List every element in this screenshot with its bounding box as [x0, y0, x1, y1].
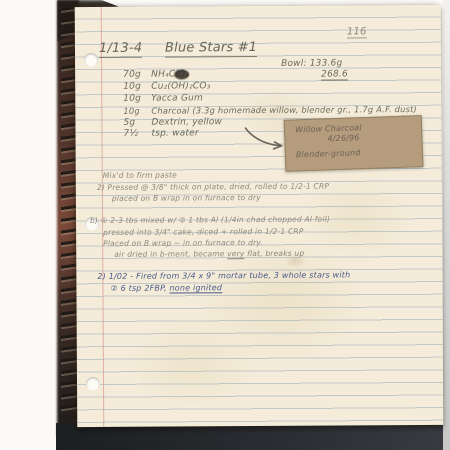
ingredient-amount: 5g — [123, 118, 151, 128]
ingredient-row: 7½tsp. water — [123, 128, 198, 138]
note-segment-underlined: very — [227, 249, 244, 259]
ingredient-name: Yacca Gum — [151, 93, 203, 103]
firing-note-line: 2) 1/02 - Fired from 3/4 x 9" mortar tub… — [97, 270, 350, 281]
ingredient-name: tsp. water — [151, 128, 198, 138]
notebook-page: 116 1/13-4 Blue Stars #1 Bowl: 133.6g 26… — [75, 5, 444, 427]
taped-note-line: 4/26/96 — [327, 133, 360, 143]
ingredient-amount: 10g — [123, 94, 151, 104]
notebook-cover-bottom — [56, 423, 450, 450]
notebook-photo: 116 1/13-4 Blue Stars #1 Bowl: 133.6g 26… — [0, 0, 450, 450]
ingredient-amount: 10g — [123, 106, 151, 116]
ingredient-amount: 70g — [123, 70, 151, 80]
ingredient-row: 5gDextrin, yellow — [123, 117, 222, 128]
page-number: 116 — [347, 26, 367, 38]
note-line: b) ① 2-3 tbs mixed w/ ② 1 tbs Al (1/4in … — [90, 215, 330, 225]
arrow-annotation — [243, 126, 289, 154]
page-title: Blue Stars #1 — [165, 40, 257, 58]
ingredient-name: Charcoal (3.3g homemade willow, blender … — [151, 104, 417, 116]
taped-note-line: Blender-ground — [296, 148, 361, 159]
ingredient-amount: 10g — [123, 82, 151, 92]
note-line: air dried in b-ment, became very flat, b… — [114, 249, 304, 259]
bowl-weight-label: Bowl: 133.6g — [281, 58, 342, 68]
firing-note-segment: ② 6 tsp 2FBP, — [110, 284, 169, 293]
note-segment: air dried in b-ment, became — [114, 249, 227, 259]
note-segment: flat, breaks up — [244, 249, 304, 258]
note-line: placed on B wrap in on furnace to dry — [112, 193, 261, 203]
ingredient-name: Dextrin, yellow — [151, 117, 222, 127]
ingredient-row: 10gYacca Gum — [123, 93, 203, 103]
scan-edge — [443, 0, 450, 450]
firing-note-line: ② 6 tsp 2FBP, none ignited — [110, 283, 222, 293]
ingredient-name: Cu₂(OH)₂CO₃ — [151, 81, 210, 91]
bowl-total-weight: 268.6 — [321, 69, 348, 80]
ingredient-row: 10gCu₂(OH)₂CO₃ — [123, 81, 210, 92]
note-line: Placed on B wrap ~ in on furnace to dry. — [103, 238, 263, 248]
note-line: pressed into 3/4" cake, diced + rolled i… — [103, 227, 304, 237]
entry-date-code: 1/13-4 — [99, 41, 142, 58]
note-line: 2) Pressed @ 3/8" thick on plate, dried,… — [97, 182, 329, 192]
ingredient-amount: 7½ — [123, 129, 151, 139]
note-line: Mix'd to firm paste — [103, 171, 177, 180]
punch-hole — [84, 53, 98, 67]
punch-hole — [86, 377, 100, 391]
taped-note: Willow Charcoal 4/26/96 Blender-ground — [284, 115, 424, 172]
paper-stain — [127, 316, 258, 412]
ingredient-row: 10gCharcoal (3.3g homemade willow, blend… — [123, 104, 417, 116]
ink-smudge — [174, 69, 189, 79]
firing-note-result-underlined: none ignited — [169, 283, 222, 293]
